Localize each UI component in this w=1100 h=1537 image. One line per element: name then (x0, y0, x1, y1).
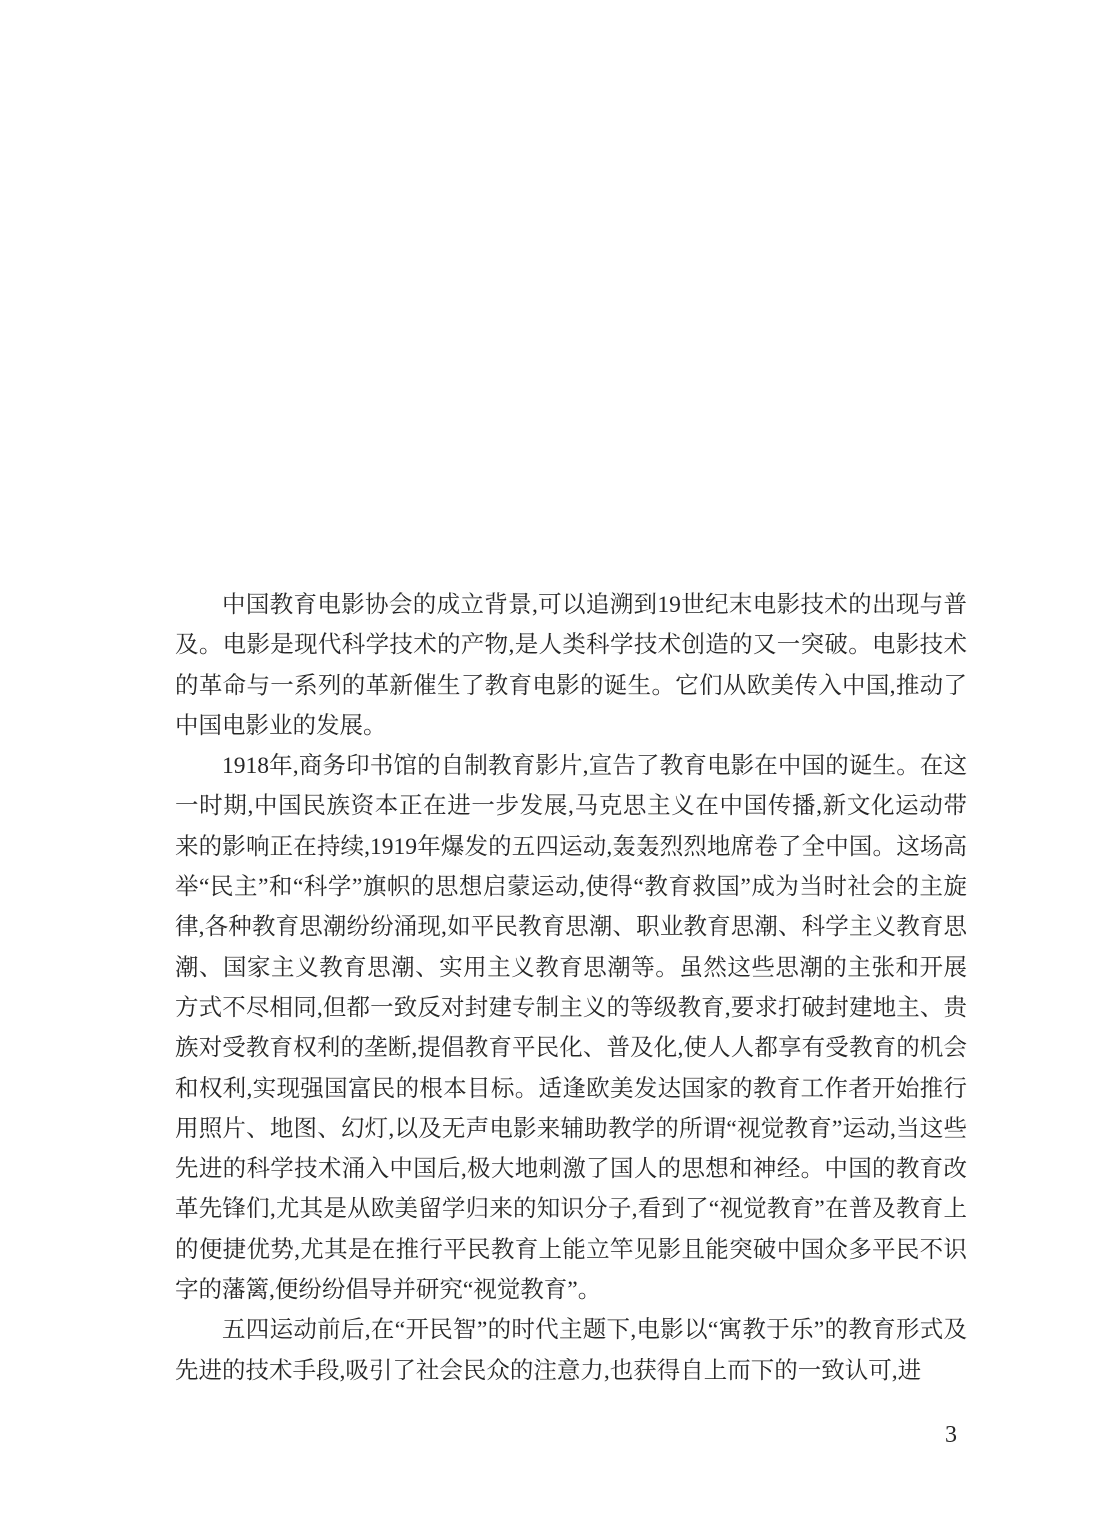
paragraph-3: 五四运动前后,在“开民智”的时代主题下,电影以“寓教于乐”的教育形式及先进的技术… (175, 1310, 967, 1391)
book-page: 中国教育电影协会的成立背景,可以追溯到19世纪末电影技术的出现与普及。电影是现代… (0, 0, 1100, 1537)
page-body: 中国教育电影协会的成立背景,可以追溯到19世纪末电影技术的出现与普及。电影是现代… (175, 585, 967, 1391)
paragraph-2: 1918年,商务印书馆的自制教育影片,宣告了教育电影在中国的诞生。在这一时期,中… (175, 746, 967, 1310)
paragraph-1: 中国教育电影协会的成立背景,可以追溯到19世纪末电影技术的出现与普及。电影是现代… (175, 585, 967, 746)
page-number: 3 (880, 1421, 957, 1449)
